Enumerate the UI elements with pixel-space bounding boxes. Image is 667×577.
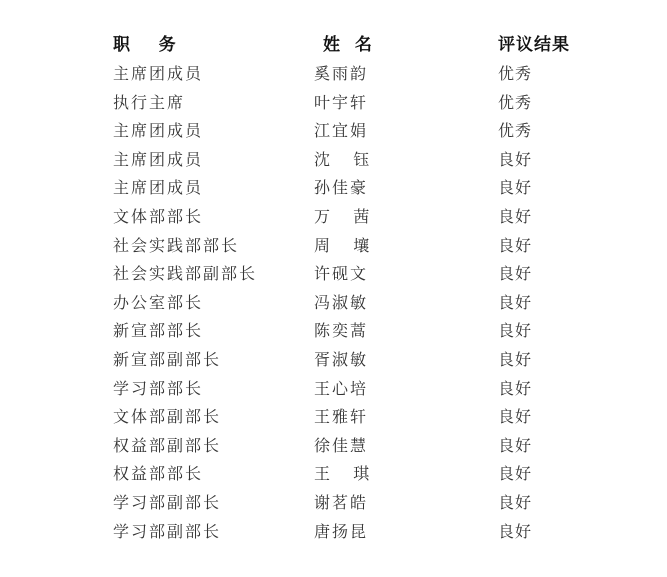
cell-result: 良好 — [498, 174, 532, 202]
cell-result: 良好 — [498, 260, 532, 288]
header-result: 评议结果 — [498, 31, 570, 59]
cell-name: 谢茗皓 — [314, 489, 368, 517]
cell-result: 良好 — [498, 317, 532, 345]
table-row: 社会实践部部长 周 壤 良好 — [0, 232, 667, 260]
cell-position: 文体部部长 — [113, 203, 203, 231]
cell-position: 学习部部长 — [113, 375, 203, 403]
cell-result: 良好 — [498, 146, 532, 174]
cell-position: 社会实践部部长 — [113, 232, 239, 260]
cell-result: 良好 — [498, 346, 532, 374]
table-row: 执行主席 叶宇轩 优秀 — [0, 89, 667, 117]
cell-name: 沈 钰 — [314, 146, 371, 174]
cell-name: 许砚文 — [314, 260, 368, 288]
table-row: 主席团成员 江宜娟 优秀 — [0, 117, 667, 145]
cell-position: 主席团成员 — [113, 117, 203, 145]
cell-name: 周 壤 — [314, 232, 371, 260]
cell-name: 王雅轩 — [314, 403, 368, 431]
cell-name: 唐扬昆 — [314, 518, 368, 546]
cell-position: 文体部副部长 — [113, 403, 221, 431]
cell-position: 主席团成员 — [113, 174, 203, 202]
cell-result: 优秀 — [498, 117, 532, 145]
cell-name: 冯淑敏 — [314, 289, 368, 317]
cell-name: 胥淑敏 — [314, 346, 368, 374]
cell-name: 孙佳豪 — [314, 174, 368, 202]
table-row: 文体部部长 万 茜 良好 — [0, 203, 667, 231]
cell-result: 良好 — [498, 403, 532, 431]
cell-position: 社会实践部副部长 — [113, 260, 257, 288]
cell-position: 学习部副部长 — [113, 518, 221, 546]
cell-position: 新宣部副部长 — [113, 346, 221, 374]
cell-position: 主席团成员 — [113, 146, 203, 174]
cell-position: 执行主席 — [113, 89, 185, 117]
cell-result: 良好 — [498, 375, 532, 403]
cell-name: 陈奕蒿 — [314, 317, 368, 345]
table-row: 新宣部部长 陈奕蒿 良好 — [0, 317, 667, 345]
cell-name: 江宜娟 — [314, 117, 368, 145]
cell-result: 良好 — [498, 232, 532, 260]
cell-name: 王心培 — [314, 375, 368, 403]
table-row: 学习部副部长 谢茗皓 良好 — [0, 489, 667, 517]
cell-result: 良好 — [498, 289, 532, 317]
table-row: 社会实践部副部长 许砚文 良好 — [0, 260, 667, 288]
cell-name: 王 琪 — [314, 460, 371, 488]
cell-position: 权益部副部长 — [113, 432, 221, 460]
cell-result: 优秀 — [498, 60, 532, 88]
table-row: 学习部副部长 唐扬昆 良好 — [0, 518, 667, 546]
cell-position: 学习部副部长 — [113, 489, 221, 517]
cell-position: 新宣部部长 — [113, 317, 203, 345]
cell-result: 良好 — [498, 489, 532, 517]
cell-position: 办公室部长 — [113, 289, 203, 317]
table-row: 权益部部长 王 琪 良好 — [0, 460, 667, 488]
cell-name: 万 茜 — [314, 203, 371, 231]
table-row: 主席团成员 沈 钰 良好 — [0, 146, 667, 174]
table-row: 学习部部长 王心培 良好 — [0, 375, 667, 403]
cell-result: 良好 — [498, 518, 532, 546]
table-row: 权益部副部长 徐佳慧 良好 — [0, 432, 667, 460]
cell-result: 优秀 — [498, 89, 532, 117]
table-row: 新宣部副部长 胥淑敏 良好 — [0, 346, 667, 374]
table-row: 文体部副部长 王雅轩 良好 — [0, 403, 667, 431]
header-name: 姓 名 — [323, 31, 373, 59]
cell-name: 徐佳慧 — [314, 432, 368, 460]
table-row: 主席团成员 奚雨韵 优秀 — [0, 60, 667, 88]
cell-result: 良好 — [498, 432, 532, 460]
cell-result: 良好 — [498, 460, 532, 488]
table-row: 办公室部长 冯淑敏 良好 — [0, 289, 667, 317]
cell-position: 权益部部长 — [113, 460, 203, 488]
cell-name: 叶宇轩 — [314, 89, 368, 117]
table-row: 主席团成员 孙佳豪 良好 — [0, 174, 667, 202]
cell-position: 主席团成员 — [113, 60, 203, 88]
cell-name: 奚雨韵 — [314, 60, 368, 88]
header-position: 职 务 — [113, 31, 177, 59]
table-header-row: 职 务 姓 名 评议结果 — [0, 31, 667, 59]
cell-result: 良好 — [498, 203, 532, 231]
